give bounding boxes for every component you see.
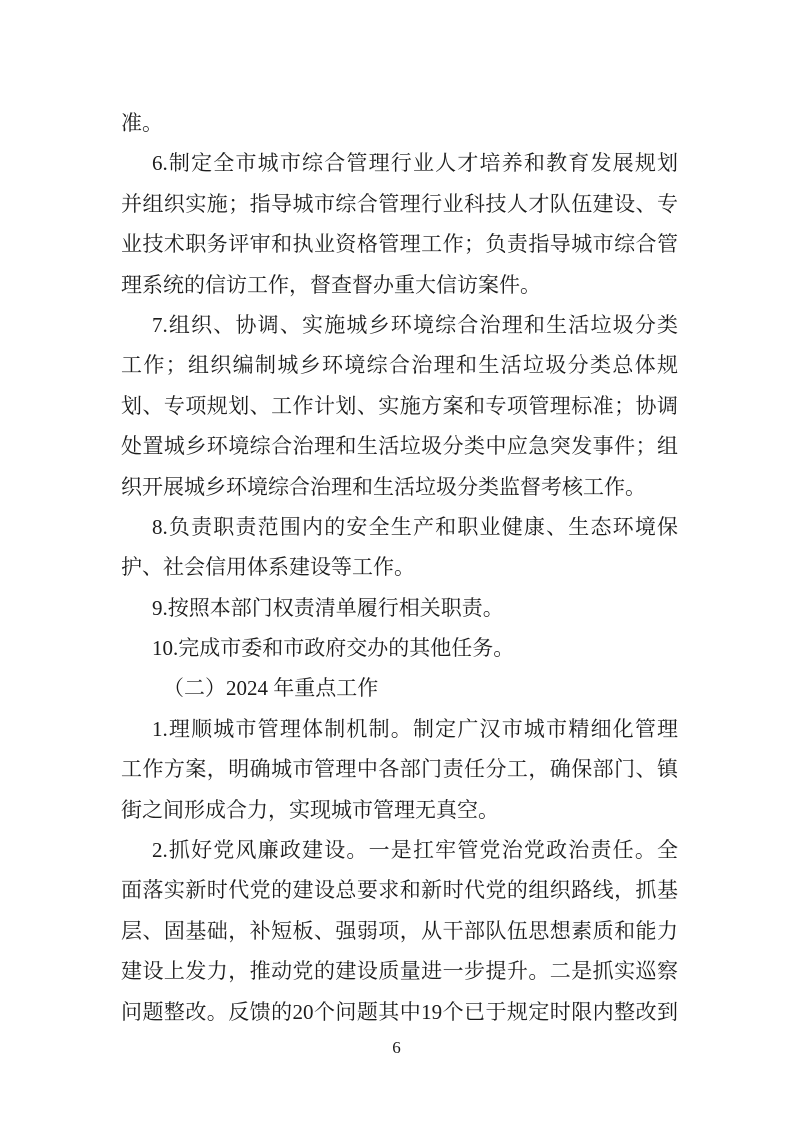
document-body: 准。 6.制定全市城市综合管理行业人才培养和教育发展规划 并组织实施；指导城市综… [121,103,678,1032]
text-line: 划、专项规划、工作计划、实施方案和专项管理标准；协调 [121,386,678,426]
text-line: 街之间形成合力，实现城市管理无真空。 [121,790,678,830]
text-line: 处置城乡环境综合治理和生活垃圾分类中应急突发事件；组 [121,426,678,466]
text-line: 6.制定全市城市综合管理行业人才培养和教育发展规划 [121,143,678,183]
text-line: 1.理顺城市管理体制机制。制定广汉市城市精细化管理 [121,709,678,749]
section-heading: （二）2024 年重点工作 [121,668,678,708]
text-line: 2.抓好党风廉政建设。一是扛牢管党治党政治责任。全 [121,830,678,870]
text-line: 问题整改。反馈的20个问题其中19个已于规定时限内整改到 [121,992,678,1032]
text-line: 业技术职务评审和执业资格管理工作；负责指导城市综合管 [121,224,678,264]
text-line: 并组织实施；指导城市综合管理行业科技人才队伍建设、专 [121,184,678,224]
text-line: 7.组织、协调、实施城乡环境综合治理和生活垃圾分类 [121,305,678,345]
text-line: 护、社会信用体系建设等工作。 [121,547,678,587]
page-number: 6 [0,1038,793,1058]
text-line: 工作方案，明确城市管理中各部门责任分工，确保部门、镇 [121,749,678,789]
text-line: 建设上发力，推动党的建设质量进一步提升。二是抓实巡察 [121,951,678,991]
text-line: 层、固基础，补短板、强弱项，从干部队伍思想素质和能力 [121,911,678,951]
text-line: 8.负责职责范围内的安全生产和职业健康、生态环境保 [121,507,678,547]
text-line: 工作；组织编制城乡环境综合治理和生活垃圾分类总体规 [121,345,678,385]
text-line: 面落实新时代党的建设总要求和新时代党的组织路线，抓基 [121,870,678,910]
text-line: 织开展城乡环境综合治理和生活垃圾分类监督考核工作。 [121,467,678,507]
text-line: 理系统的信访工作，督查督办重大信访案件。 [121,265,678,305]
document-page: 准。 6.制定全市城市综合管理行业人才培养和教育发展规划 并组织实施；指导城市综… [0,0,793,1122]
text-line: 准。 [121,103,678,143]
text-line: 10.完成市委和市政府交办的其他任务。 [121,628,678,668]
text-line: 9.按照本部门权责清单履行相关职责。 [121,588,678,628]
